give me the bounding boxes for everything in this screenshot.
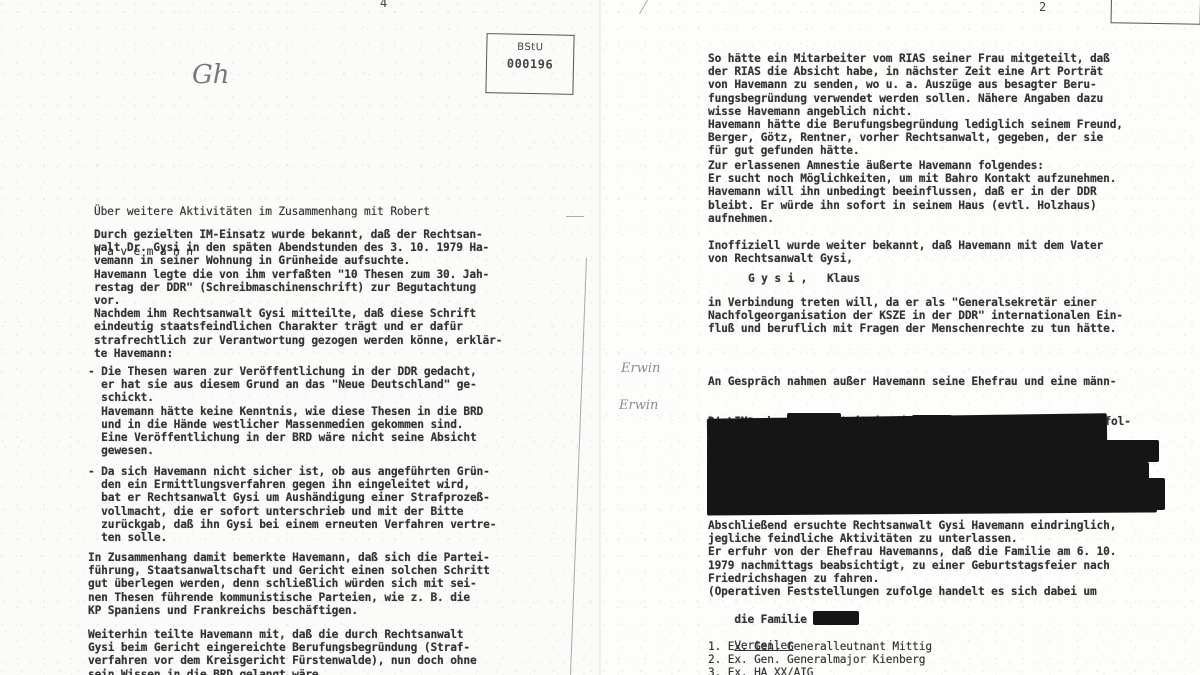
text-line: nen Thesen führende kommunistische Parte… — [88, 591, 490, 604]
stamp-number: 000196 — [487, 56, 573, 72]
margin-note: Erwin — [619, 398, 658, 413]
handwritten-initials: Gh — [192, 60, 230, 90]
pencil-mark — [566, 216, 584, 217]
text-line: - Da sich Havemann nicht sicher ist, ob … — [88, 465, 496, 478]
text-line: wisse Havemann angeblich nicht. — [708, 105, 1123, 118]
text-line: Durch gezielten IM-Einsatz wurde bekannt… — [94, 228, 502, 241]
margin-note: Erwin — [621, 361, 660, 376]
redaction-block — [813, 611, 859, 625]
text-line: verfahren vor dem Kreisgericht Fürstenwa… — [88, 654, 477, 667]
text-line: Er sucht noch Möglichkeiten, um mit Bahr… — [708, 172, 1116, 185]
text-line: und in die Hände westlicher Massenmedien… — [88, 418, 483, 431]
bullet-theses: - Die Thesen waren zur Veröffentlichung … — [88, 365, 483, 457]
text-line: Havemann legte die von ihm verfaßten "10… — [94, 268, 502, 281]
text-line: Havemann hätte keine Kenntnis, wie diese… — [88, 405, 483, 418]
text-line: vemann in seiner Wohnung in Grünheide au… — [94, 254, 502, 267]
text-line: Nachdem ihm Rechtsanwalt Gysi mitteilte,… — [94, 307, 502, 320]
text-line: gut überlegen werden, denn schließlich w… — [88, 577, 490, 590]
text-line: Er erfuhr von der Ehefrau Havemanns, daß… — [708, 545, 1116, 558]
text-line: er hat sie aus diesem Grund an das "Neue… — [88, 378, 483, 391]
text-line: der RIAS die Absicht habe, in nächster Z… — [708, 65, 1123, 78]
paragraph-appeal: Weiterhin teilte Havemann mit, daß die d… — [88, 628, 477, 675]
page-marker: 4 — [380, 0, 387, 10]
text-line: KP Spaniens und Frankreichs beschäftigen… — [88, 604, 490, 617]
text-line: bat er Rechtsanwalt Gysi um Aushändigung… — [88, 491, 496, 504]
paragraph-conclusion: Abschließend ersuchte Rechtsanwalt Gysi … — [708, 519, 1116, 598]
text-line: sein Wissen in die BRD gelangt wäre. — [88, 668, 477, 675]
text-line: restag der DDR" (Schreibmaschinenschrift… — [94, 281, 502, 294]
left-page: 4 BStU 000196 Gh Über weitere Aktivitäte… — [0, 0, 601, 675]
text-line: te Havemann: — [94, 347, 502, 360]
bullet-power-of-attorney: - Da sich Havemann nicht sicher ist, ob … — [88, 465, 496, 544]
text-line: von Rechtsanwalt Gysi, — [708, 252, 1103, 265]
text-line: fluß und beruflich mit Fragen der Mensch… — [708, 322, 1123, 335]
text-line: eindeutig staatsfeindlichen Charakter tr… — [94, 320, 502, 333]
text-line: aufnehmen. — [708, 212, 1116, 225]
text-line: - Die Thesen waren zur Veröffentlichung … — [88, 365, 483, 378]
paragraph-visit: Durch gezielten IM-Einsatz wurde bekannt… — [94, 228, 502, 360]
text-line: zurückgab, daß ihn Gysi bei einem erneut… — [88, 518, 496, 531]
right-page: 2 So hätte ein Mitarbeiter vom RIAS sein… — [601, 0, 1200, 675]
text-line: von Havemann zu senden, wo u. a. Auszüge… — [708, 78, 1123, 91]
text-line: vollmacht, die er sofort unterschrieb un… — [88, 505, 496, 518]
text-line: für gut gefunden hätte. — [708, 144, 1123, 157]
distribution-list: 1. Ex. Gen. Generalleutnant Mittig2. Ex.… — [708, 640, 932, 675]
text-line: Havemann will ihn unbedingt beeinflussen… — [708, 185, 1116, 198]
text-line: 1. Ex. Gen. Generalleutnant Mittig — [708, 640, 932, 653]
text-line: Berger, Götz, Rentner, vorher Rechtsanwa… — [708, 131, 1123, 144]
text-line: bleibt. Er würde ihn sofort in seinem Ha… — [708, 199, 1116, 212]
named-person: G y s i , Klaus — [748, 272, 860, 285]
redaction-block — [707, 504, 1157, 515]
paragraph-rias: So hätte ein Mitarbeiter vom RIAS seiner… — [708, 52, 1123, 158]
text-line: Havemann hätte die Berufungsbegründung l… — [708, 118, 1123, 131]
text-line: (Operativen Feststellungen zufolge hande… — [708, 585, 1116, 598]
text-line: Friedrichshagen zu fahren. — [708, 572, 1116, 585]
paragraph-amnesty: Zur erlassenen Amnestie äußerte Havemann… — [708, 159, 1116, 225]
text-line: Eine Veröffentlichung in der BRD wäre ni… — [88, 431, 483, 444]
archive-stamp: BStU 000196 — [485, 33, 574, 95]
text-line: Zur erlassenen Amnestie äußerte Havemann… — [708, 159, 1116, 172]
text-line: ten solle. — [88, 531, 496, 544]
text-line: Weiterhin teilte Havemann mit, daß die d… — [88, 628, 477, 641]
text-line: führung, Staatsanwaltschaft und Gericht … — [88, 564, 490, 577]
redaction-block — [707, 440, 1159, 462]
page-number: 2 — [1039, 0, 1046, 14]
text-line: fungsbegründung verwendet werden sollen.… — [708, 92, 1123, 105]
paragraph-organisation: in Verbindung treten will, da er als "Ge… — [708, 296, 1123, 336]
text-line: vor. — [94, 294, 502, 307]
text-line: 1979 nachmittags beabsichtigt, zu einer … — [708, 559, 1116, 572]
text-line: den ein Ermittlungsverfahren gegen ihn e… — [88, 478, 496, 491]
text-line: jegliche feindliche Aktivitäten zu unter… — [708, 532, 1116, 545]
pencil-mark — [639, 0, 648, 14]
stamp-org: BStU — [487, 41, 573, 54]
paragraph-unofficial: Inoffiziell wurde weiter bekannt, daß Ha… — [708, 239, 1103, 265]
text-line: 2. Ex. Gen. Generalmajor Kienberg — [708, 653, 932, 666]
paragraph-party-leadership: In Zusammenhang damit bemerkte Havemann,… — [88, 551, 490, 617]
text-line: 3. Ex. HA XX/AIG — [708, 666, 932, 675]
pencil-margin-line — [570, 258, 587, 675]
text-line: Inoffiziell wurde weiter bekannt, daß Ha… — [708, 239, 1103, 252]
text-line: strafrechtlich zur Verantwortung gezogen… — [94, 334, 502, 347]
text-line: Gysi beim Gericht eingereichte Berufungs… — [88, 641, 477, 654]
text-line: Nachfolgeorganisation der KSZE in der DD… — [708, 309, 1123, 322]
text-line: schickt. — [88, 391, 483, 404]
text-line: walt Dr. Gysi in den späten Abendstunden… — [94, 241, 502, 254]
text-line: Abschließend ersuchte Rechtsanwalt Gysi … — [708, 519, 1116, 532]
archive-stamp-partial — [1111, 0, 1200, 25]
text-line: In Zusammenhang damit bemerkte Havemann,… — [88, 551, 490, 564]
text-line: So hätte ein Mitarbeiter vom RIAS seiner… — [708, 52, 1123, 65]
text-line: gewesen. — [88, 444, 483, 457]
text-line: in Verbindung treten will, da er als "Ge… — [708, 296, 1123, 309]
